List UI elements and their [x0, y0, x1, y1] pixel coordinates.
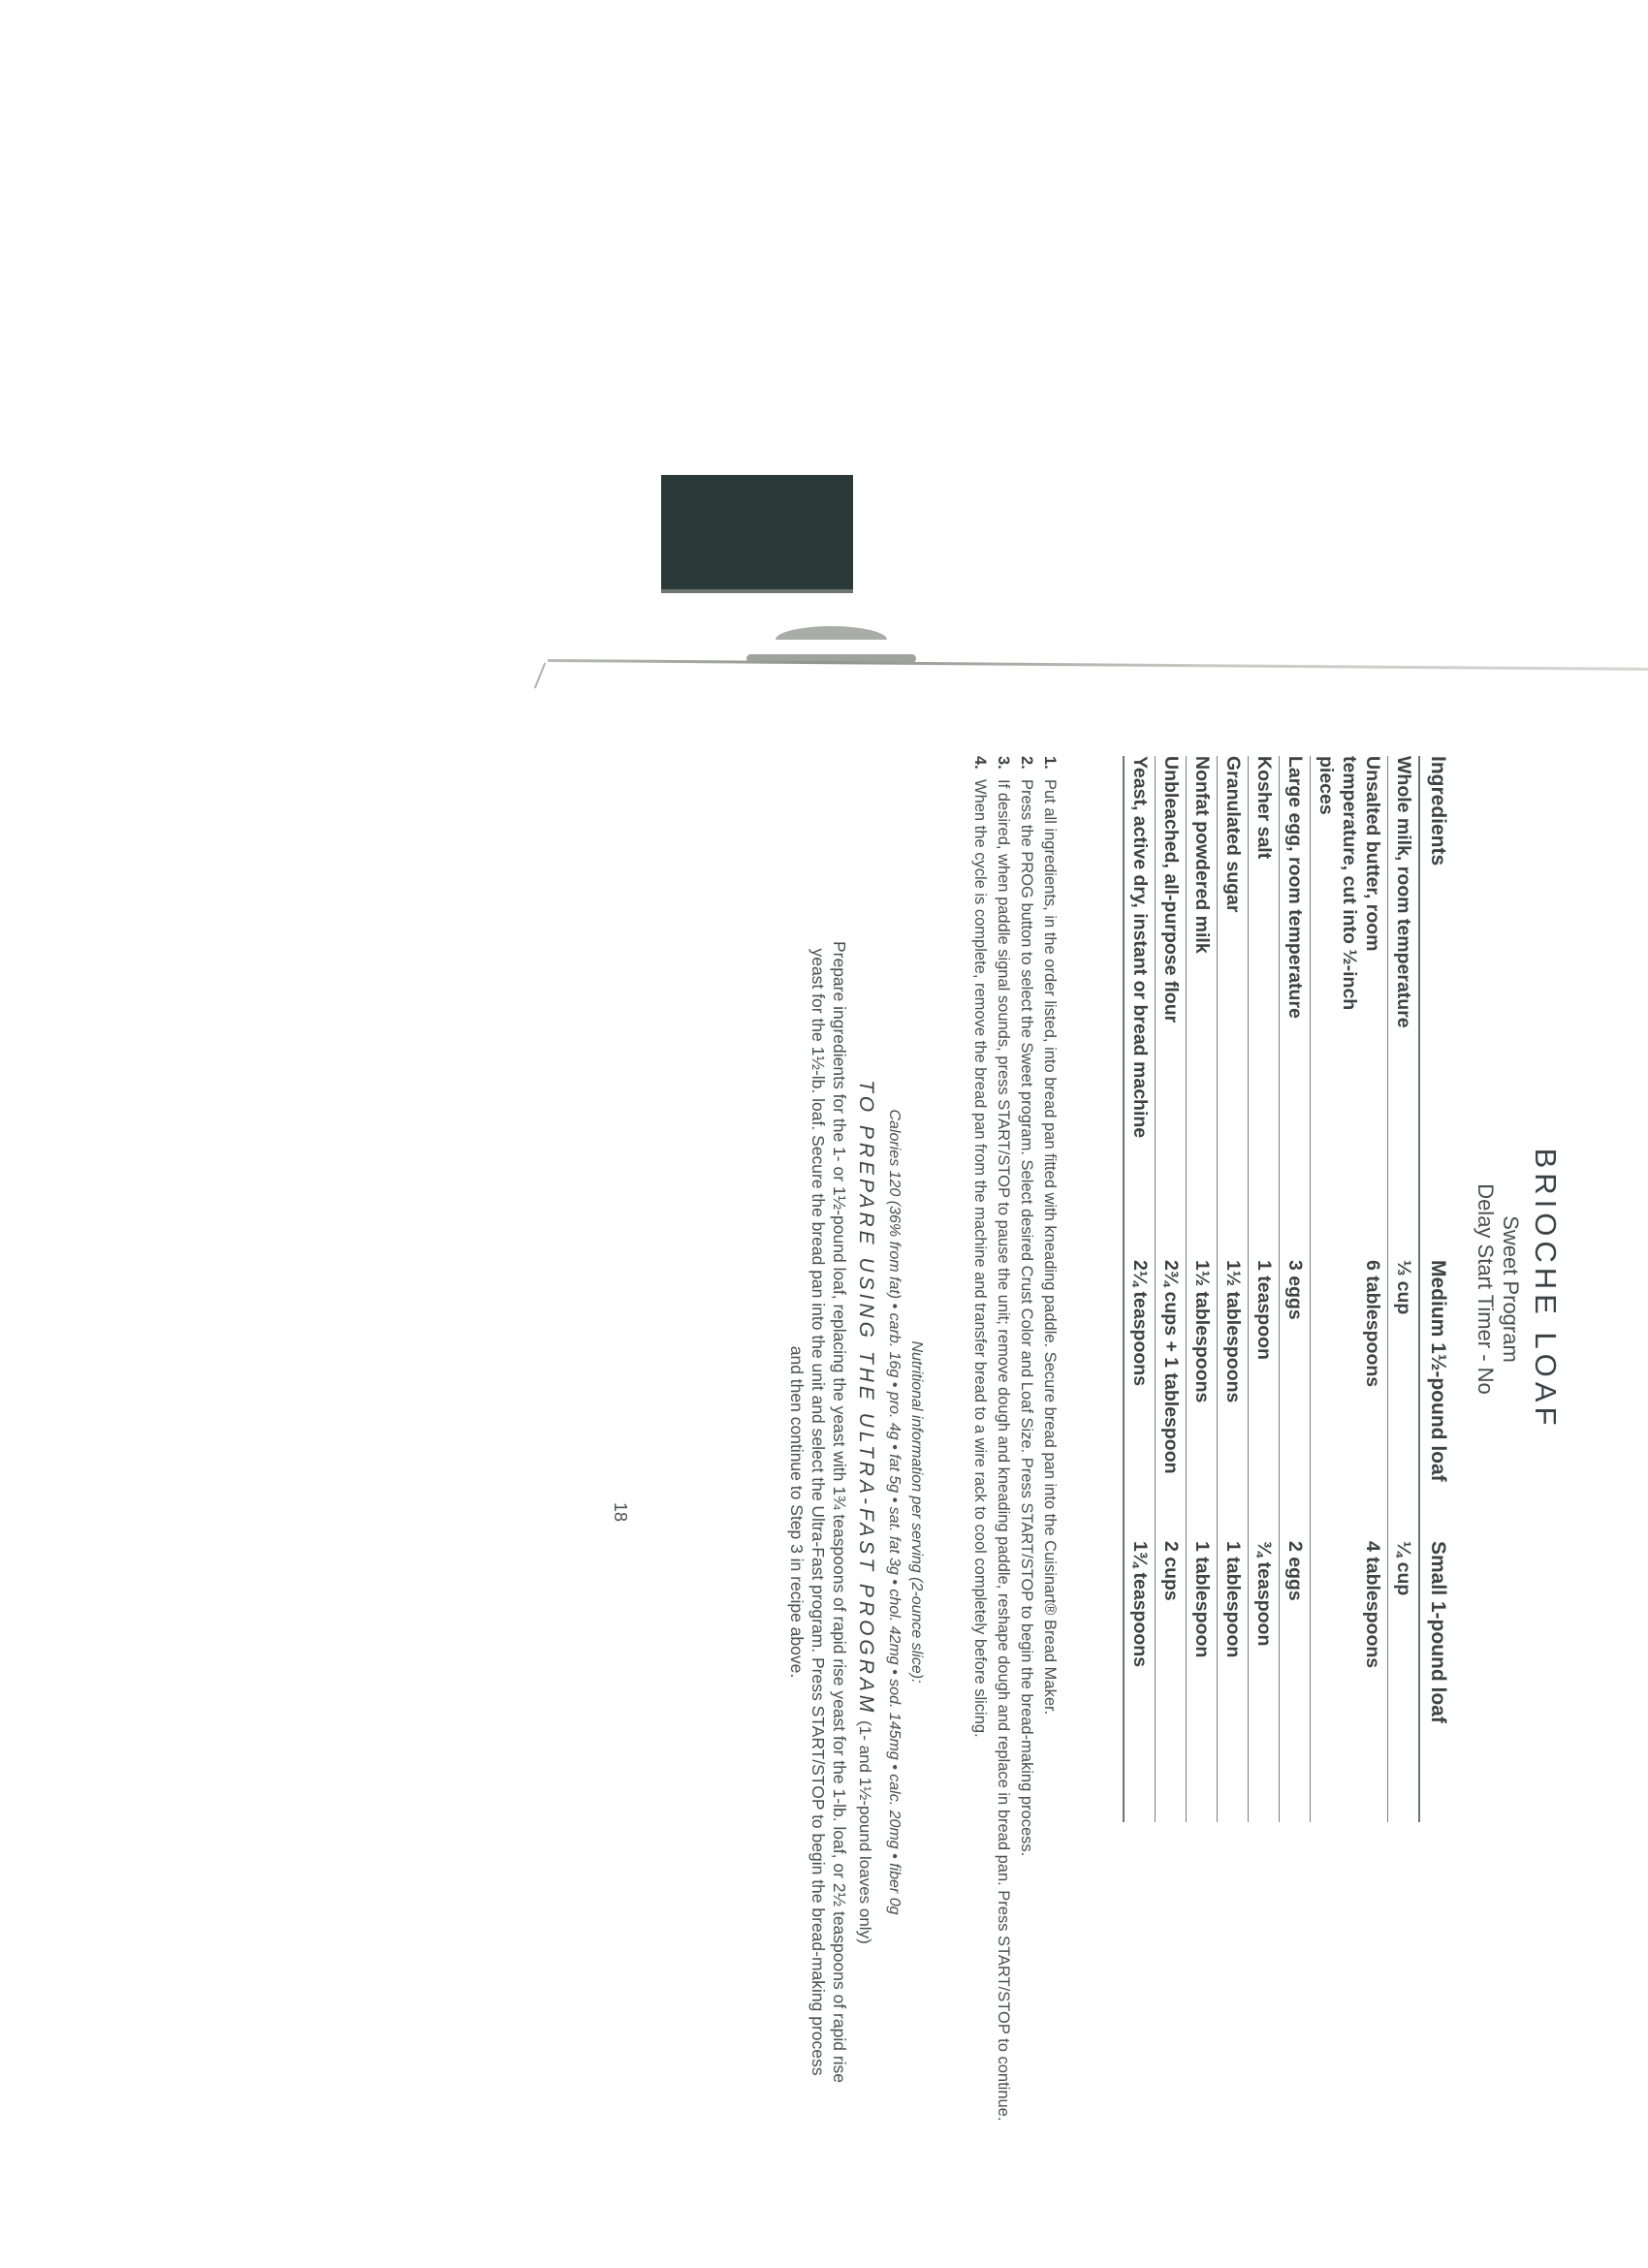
paper-edge-tick: [534, 663, 546, 689]
medium-amount: 1 teaspoon: [1249, 1260, 1280, 1541]
medium-amount: 2¾ cups + 1 tablespoon: [1156, 1260, 1187, 1541]
step-item: 3. If desired, when paddle signal sounds…: [992, 756, 1015, 2268]
ingredient-name: Large egg, room temperature: [1280, 756, 1311, 1260]
step-number: 3.: [992, 756, 1015, 770]
step-text: When the cycle is complete, remove the b…: [971, 779, 989, 1738]
step-text: Press the PROG button to select the Swee…: [1018, 779, 1035, 1856]
ultra-fast-title: TO PREPARE USING THE ULTRA-FAST PROGRAM: [855, 1080, 877, 1716]
recipe-page: BRIOCHE LOAF Sweet Program Delay Start T…: [509, 756, 1604, 2268]
header-ingredients: Ingredients: [1419, 756, 1457, 1260]
table-row: Nonfat powdered milk 1½ tablespoons 1 ta…: [1187, 756, 1218, 1822]
step-text: Put all ingredients, in the order listed…: [1041, 779, 1059, 1715]
step-item: 2. Press the PROG button to select the S…: [1015, 756, 1038, 2268]
ultra-fast-instructions: Prepare ingredients for the 1- or 1½-pou…: [786, 756, 850, 2268]
table-row: Large egg, room temperature 3 eggs 2 egg…: [1280, 756, 1311, 1822]
medium-amount: 3 eggs: [1280, 1260, 1311, 1541]
header-medium-loaf: Medium 1½-pound loaf: [1419, 1260, 1457, 1541]
ingredient-name: Yeast, active dry, instant or bread mach…: [1124, 756, 1156, 1260]
recipe-delay-timer: Delay Start Timer - No: [1473, 756, 1498, 1822]
ingredient-name: Granulated sugar: [1218, 756, 1249, 1260]
medium-amount: 1½ tablespoons: [1218, 1260, 1249, 1541]
ultra-fast-line-2: yeast for the 1½-lb. loaf. Secure the br…: [808, 756, 829, 2268]
table-row: Unsalted butter, room temperature, cut i…: [1311, 756, 1388, 1822]
recipe-title: BRIOCHE LOAF: [1528, 756, 1563, 1822]
nutrition-values: Calories 120 (36% from fat) • carb. 16g …: [883, 756, 905, 2268]
paper-edge-line: [548, 659, 1648, 671]
ultra-fast-line-1: Prepare ingredients for the 1- or 1½-pou…: [829, 756, 850, 2268]
small-amount: ¾ teaspoon: [1249, 1541, 1280, 1822]
table-row: Unbleached, all-purpose flour 2¾ cups + …: [1156, 756, 1187, 1822]
small-amount: 4 tablespoons: [1311, 1541, 1388, 1822]
step-number: 4.: [968, 756, 992, 770]
ultra-fast-heading: TO PREPARE USING THE ULTRA-FAST PROGRAM …: [854, 756, 877, 2268]
ingredients-table: Ingredients Medium 1½-pound loaf Small 1…: [1123, 756, 1457, 1822]
medium-amount: 6 tablespoons: [1311, 1260, 1388, 1541]
ingredient-name: Nonfat powdered milk: [1187, 756, 1218, 1260]
recipe-program: Sweet Program: [1498, 756, 1523, 1822]
step-number: 2.: [1015, 756, 1038, 770]
ultra-fast-line-3: and then continue to Step 3 in recipe ab…: [786, 756, 808, 2268]
ingredient-name: Unbleached, all-purpose flour: [1156, 756, 1187, 1260]
page-number: 18: [610, 756, 630, 2268]
small-amount: ¼ cup: [1388, 1541, 1420, 1822]
nutrition-heading: Nutritional information per serving (2-o…: [905, 756, 928, 2268]
step-item: 4. When the cycle is complete, remove th…: [968, 756, 992, 2268]
small-amount: 1 tablespoon: [1187, 1541, 1218, 1822]
step-text: If desired, when paddle signal sounds, p…: [995, 779, 1012, 2121]
scan-arc-artifact: [776, 626, 887, 640]
small-amount: 1 tablespoon: [1218, 1541, 1249, 1822]
medium-amount: 2¼ teaspoons: [1124, 1260, 1156, 1541]
medium-amount: 1½ tablespoons: [1187, 1260, 1218, 1541]
medium-amount: ⅓ cup: [1388, 1260, 1420, 1541]
table-header-row: Ingredients Medium 1½-pound loaf Small 1…: [1419, 756, 1457, 1822]
table-row: Yeast, active dry, instant or bread mach…: [1124, 756, 1156, 1822]
instruction-steps: 1. Put all ingredients, in the order lis…: [968, 756, 1062, 2268]
small-amount: 1¾ teaspoons: [1124, 1541, 1156, 1822]
nutrition-info: Nutritional information per serving (2-o…: [883, 756, 928, 2268]
table-row: Whole milk, room temperature ⅓ cup ¼ cup: [1388, 756, 1420, 1822]
ingredient-name: Whole milk, room temperature: [1388, 756, 1420, 1260]
table-row: Granulated sugar 1½ tablespoons 1 tables…: [1218, 756, 1249, 1822]
ultra-fast-note: (1- and 1½-pound loaves only): [856, 1716, 874, 1943]
table-row: Kosher salt 1 teaspoon ¾ teaspoon: [1249, 756, 1280, 1822]
scan-dark-block: [661, 475, 853, 593]
ingredient-name: Kosher salt: [1249, 756, 1280, 1260]
small-amount: 2 eggs: [1280, 1541, 1311, 1822]
small-amount: 2 cups: [1156, 1541, 1187, 1822]
ingredient-name: Unsalted butter, room temperature, cut i…: [1311, 756, 1388, 1260]
step-number: 1.: [1038, 756, 1062, 770]
header-small-loaf: Small 1-pound loaf: [1419, 1541, 1457, 1822]
step-item: 1. Put all ingredients, in the order lis…: [1038, 756, 1062, 2268]
